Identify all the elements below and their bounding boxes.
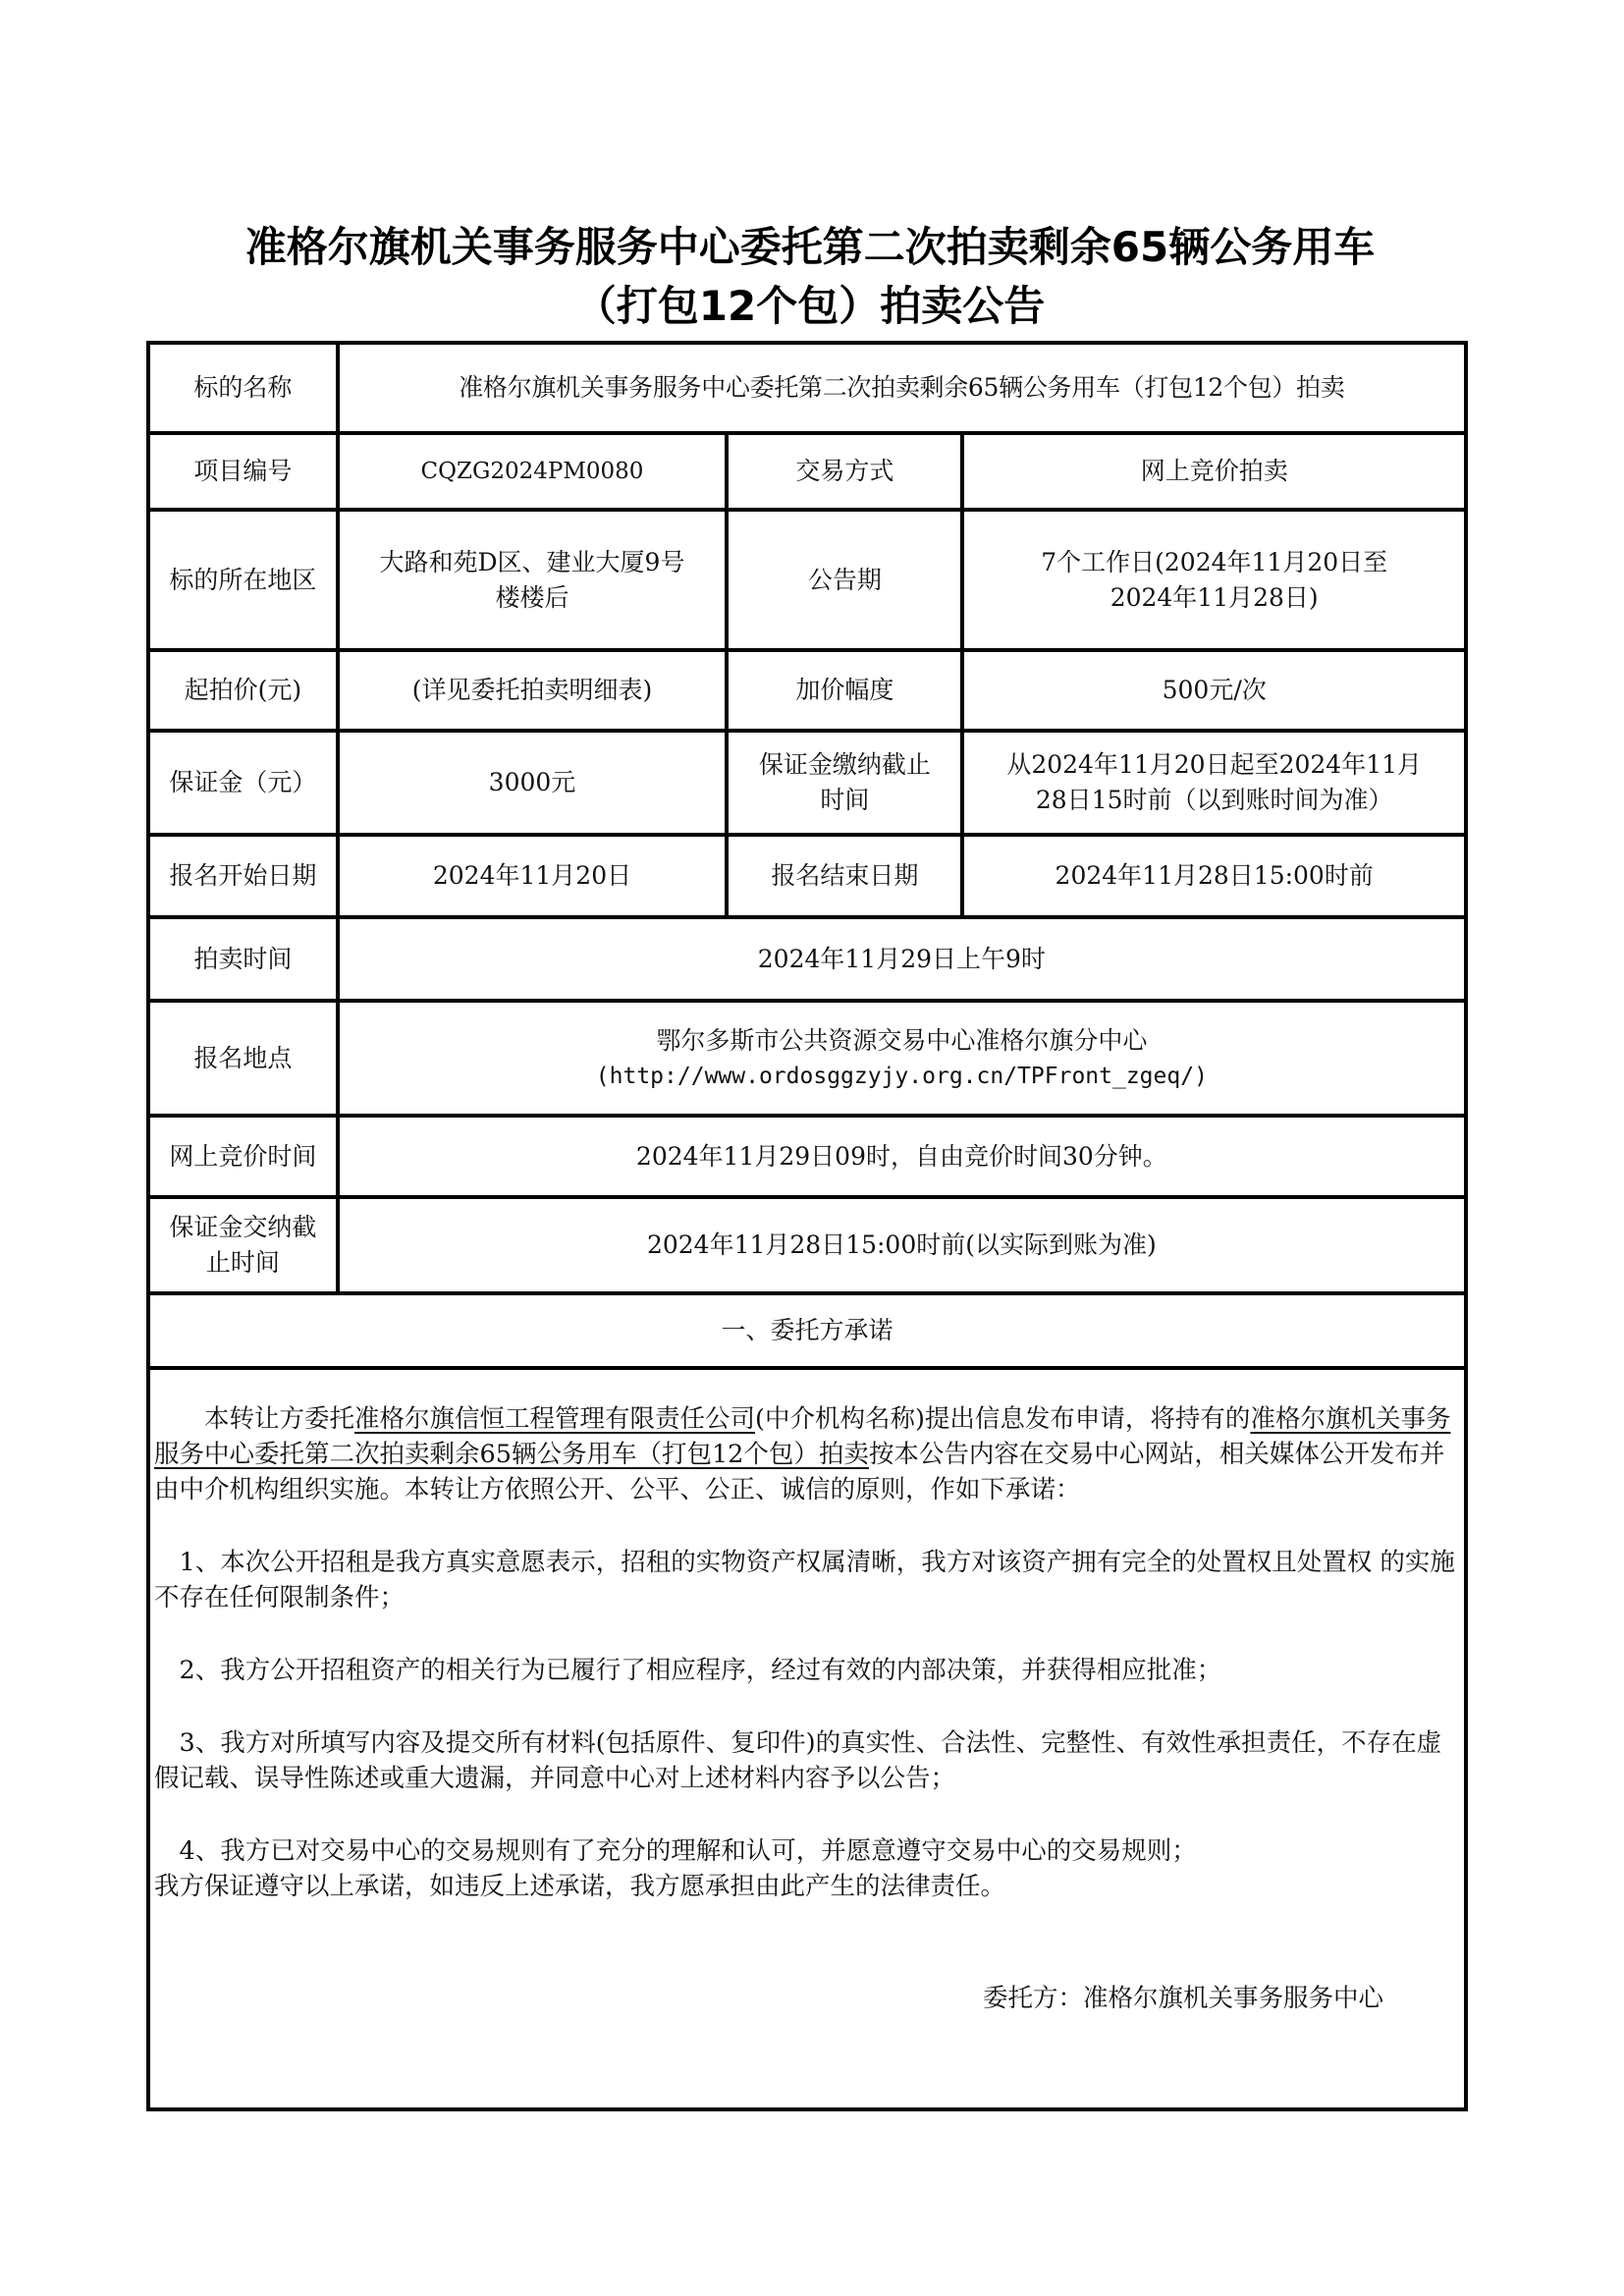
commitment-body: 本转让方委托准格尔旗信恒工程管理有限责任公司(中介机构名称)提出信息发布申请，将… bbox=[148, 1368, 1466, 2109]
value-deposit-deadline: 从2024年11月20日起至2024年11月 28日15时前（以到账时间为准） bbox=[962, 731, 1466, 835]
label-notice-period: 公告期 bbox=[727, 510, 962, 650]
value-subject-name: 准格尔旗机关事务服务中心委托第二次拍卖剩余65辆公务用车（打包12个包）拍卖 bbox=[338, 343, 1466, 433]
label-deposit: 保证金（元） bbox=[148, 731, 338, 835]
value-location-line-1: 大路和苑D区、建业大厦9号 bbox=[346, 545, 720, 580]
row-location: 标的所在地区 大路和苑D区、建业大厦9号 楼楼后 公告期 7个工作日(2024年… bbox=[148, 510, 1466, 650]
label-reg-start: 报名开始日期 bbox=[148, 835, 338, 917]
label-trade-method: 交易方式 bbox=[727, 433, 962, 510]
row-deposit-pay-deadline: 保证金交纳截 止时间 2024年11月28日15:00时前(以实际到账为准) bbox=[148, 1197, 1466, 1293]
value-location-line-2: 楼楼后 bbox=[346, 580, 720, 616]
label-deposit-pay-deadline-line-1: 保证金交纳截 bbox=[156, 1210, 330, 1245]
label-subject-name: 标的名称 bbox=[148, 343, 338, 433]
value-deposit-deadline-line-2: 28日15时前（以到账时间为准） bbox=[970, 783, 1458, 818]
value-notice-period-line-2: 2024年11月28日) bbox=[970, 580, 1458, 616]
value-deposit-pay-deadline: 2024年11月28日15:00时前(以实际到账为准) bbox=[338, 1197, 1466, 1293]
document-title: 准格尔旗机关事务服务中心委托第二次拍卖剩余65辆公务用车 （打包12个包）拍卖公… bbox=[147, 218, 1473, 336]
row-project-no: 项目编号 CQZG2024PM0080 交易方式 网上竞价拍卖 bbox=[148, 433, 1466, 510]
value-notice-period-line-1: 7个工作日(2024年11月20日至 bbox=[970, 545, 1458, 580]
commitment-closing: 我方保证遵守以上承诺，如违反上述承诺，我方愿承担由此产生的法律责任。 bbox=[154, 1869, 1460, 1904]
label-deposit-pay-deadline-line-2: 止时间 bbox=[156, 1245, 330, 1281]
value-online-bid-time: 2024年11月29日09时，自由竞价时间30分钟。 bbox=[338, 1116, 1466, 1197]
commitment-item-1: 1、本次公开招租是我方真实意愿表示，招租的实物资产权属清晰，我方对该资产拥有完全… bbox=[154, 1545, 1460, 1615]
row-subject-name: 标的名称 准格尔旗机关事务服务中心委托第二次拍卖剩余65辆公务用车（打包12个包… bbox=[148, 343, 1466, 433]
value-reg-place-line-1: 鄂尔多斯市公共资源交易中心准格尔旗分中心 bbox=[346, 1023, 1458, 1059]
label-reg-place: 报名地点 bbox=[148, 1001, 338, 1116]
commitment-item-3: 3、我方对所填写内容及提交所有材料(包括原件、复印件)的真实性、合法性、完整性、… bbox=[154, 1725, 1460, 1796]
label-start-price: 起拍价(元) bbox=[148, 650, 338, 731]
label-deposit-pay-deadline: 保证金交纳截 止时间 bbox=[148, 1197, 338, 1293]
label-increment: 加价幅度 bbox=[727, 650, 962, 731]
title-line-2: （打包12个包）拍卖公告 bbox=[147, 277, 1473, 336]
value-deposit: 3000元 bbox=[338, 731, 728, 835]
row-start-price: 起拍价(元) (详见委托拍卖明细表) 加价幅度 500元/次 bbox=[148, 650, 1466, 731]
label-online-bid-time: 网上竞价时间 bbox=[148, 1116, 338, 1197]
value-notice-period: 7个工作日(2024年11月20日至 2024年11月28日) bbox=[962, 510, 1466, 650]
label-auction-time: 拍卖时间 bbox=[148, 917, 338, 1001]
row-section-heading: 一、委托方承诺 bbox=[148, 1293, 1466, 1368]
agency-name: 准格尔旗信恒工程管理有限责任公司 bbox=[354, 1404, 755, 1434]
signature: 委托方：准格尔旗机关事务服务中心 bbox=[154, 1981, 1460, 2016]
value-trade-method: 网上竞价拍卖 bbox=[962, 433, 1466, 510]
section-heading: 一、委托方承诺 bbox=[148, 1293, 1466, 1368]
announcement-table: 标的名称 准格尔旗机关事务服务中心委托第二次拍卖剩余65辆公务用车（打包12个包… bbox=[146, 341, 1468, 2111]
title-line-1: 准格尔旗机关事务服务中心委托第二次拍卖剩余65辆公务用车 bbox=[147, 218, 1473, 277]
row-auction-time: 拍卖时间 2024年11月29日上午9时 bbox=[148, 917, 1466, 1001]
label-project-no: 项目编号 bbox=[148, 433, 338, 510]
label-deposit-deadline-line-1: 保证金缴纳截止 bbox=[734, 747, 954, 783]
label-location: 标的所在地区 bbox=[148, 510, 338, 650]
value-start-price: (详见委托拍卖明细表) bbox=[338, 650, 728, 731]
label-reg-end: 报名结束日期 bbox=[727, 835, 962, 917]
row-deposit: 保证金（元） 3000元 保证金缴纳截止 时间 从2024年11月20日起至20… bbox=[148, 731, 1466, 835]
value-project-no: CQZG2024PM0080 bbox=[338, 433, 728, 510]
value-auction-time: 2024年11月29日上午9时 bbox=[338, 917, 1466, 1001]
row-online-bid-time: 网上竞价时间 2024年11月29日09时，自由竞价时间30分钟。 bbox=[148, 1116, 1466, 1197]
label-deposit-deadline-line-2: 时间 bbox=[734, 783, 954, 818]
label-deposit-deadline: 保证金缴纳截止 时间 bbox=[727, 731, 962, 835]
commitment-item-2: 2、我方公开招租资产的相关行为已履行了相应程序，经过有效的内部决策，并获得相应批… bbox=[154, 1653, 1460, 1688]
reg-place-url: (http://www.ordosggzyjy.org.cn/TPFront_z… bbox=[346, 1059, 1458, 1094]
value-reg-end: 2024年11月28日15:00时前 bbox=[962, 835, 1466, 917]
value-reg-start: 2024年11月20日 bbox=[338, 835, 728, 917]
value-location: 大路和苑D区、建业大厦9号 楼楼后 bbox=[338, 510, 728, 650]
value-increment: 500元/次 bbox=[962, 650, 1466, 731]
row-reg-place: 报名地点 鄂尔多斯市公共资源交易中心准格尔旗分中心 (http://www.or… bbox=[148, 1001, 1466, 1116]
commitment-intro: 本转让方委托准格尔旗信恒工程管理有限责任公司(中介机构名称)提出信息发布申请，将… bbox=[154, 1401, 1460, 1507]
value-deposit-deadline-line-1: 从2024年11月20日起至2024年11月 bbox=[970, 747, 1458, 783]
commitment-item-4: 4、我方已对交易中心的交易规则有了充分的理解和认可，并愿意遵守交易中心的交易规则… bbox=[154, 1833, 1460, 1869]
row-registration-dates: 报名开始日期 2024年11月20日 报名结束日期 2024年11月28日15:… bbox=[148, 835, 1466, 917]
row-commitment: 本转让方委托准格尔旗信恒工程管理有限责任公司(中介机构名称)提出信息发布申请，将… bbox=[148, 1368, 1466, 2109]
value-reg-place: 鄂尔多斯市公共资源交易中心准格尔旗分中心 (http://www.ordosgg… bbox=[338, 1001, 1466, 1116]
